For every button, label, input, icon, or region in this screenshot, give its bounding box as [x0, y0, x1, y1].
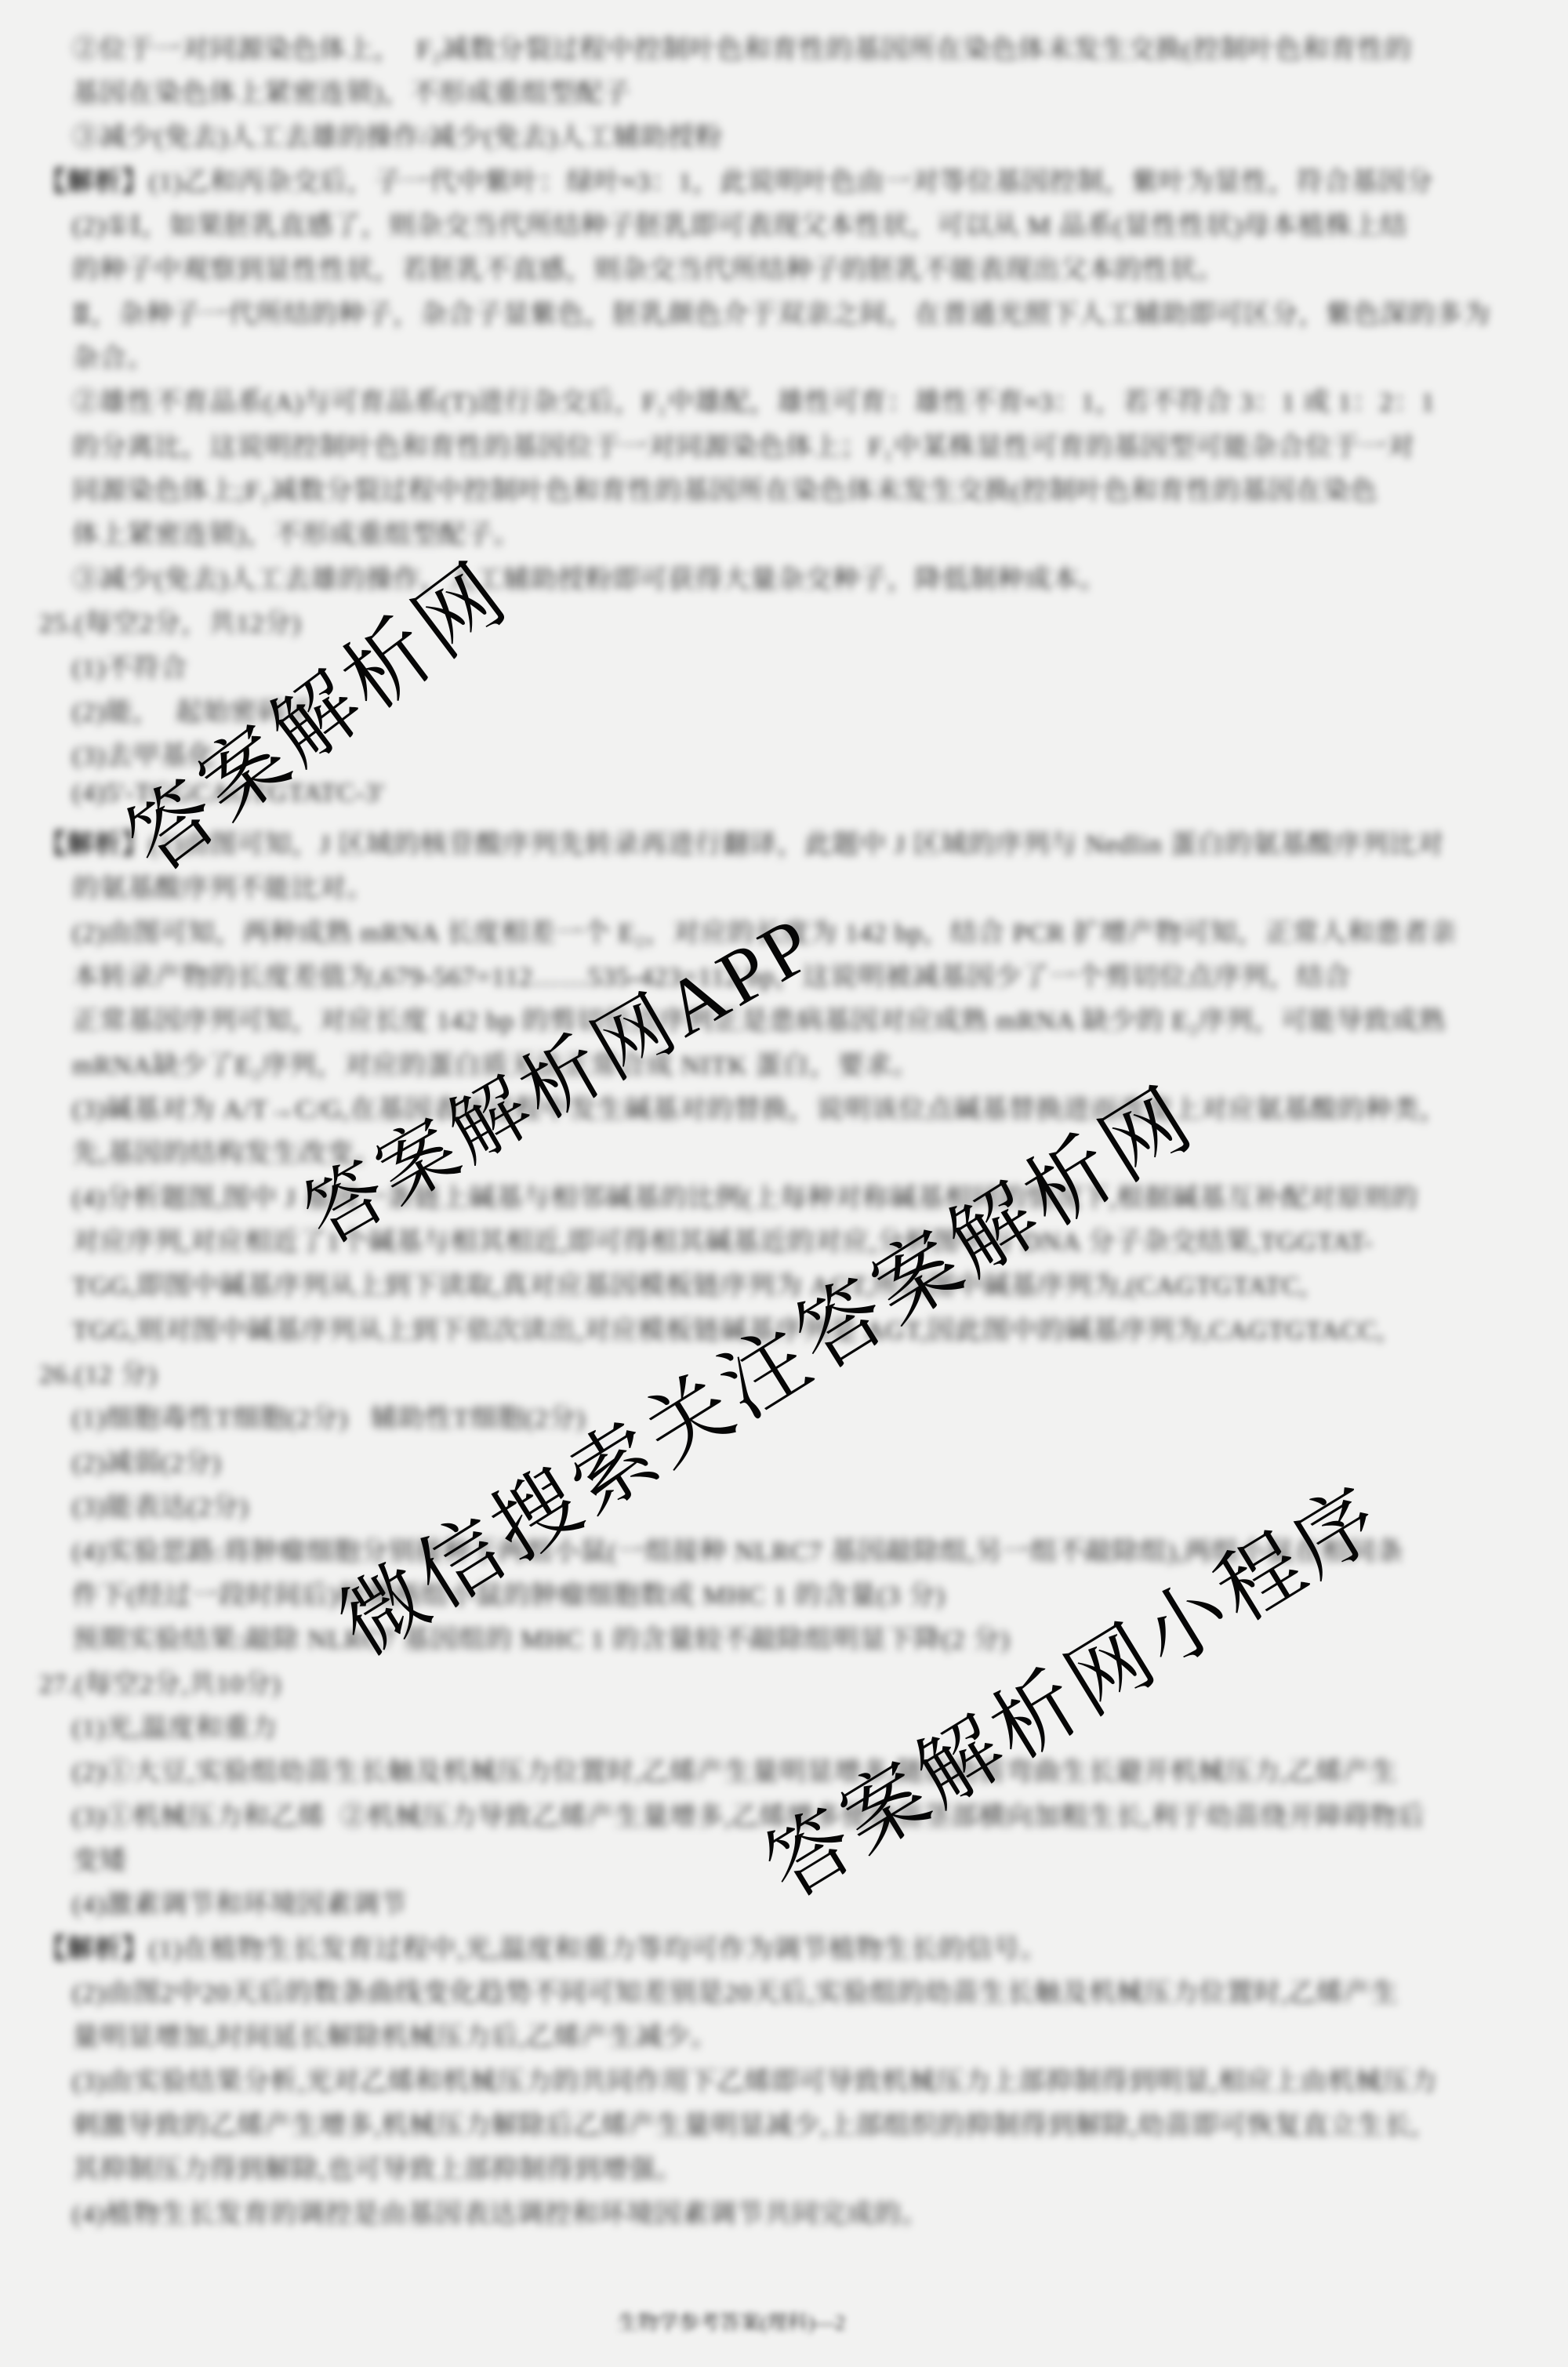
text-line: 本转录产物的长度差值为,679-567=112……535-423=112 bp，… [72, 955, 1351, 993]
text-line: (2)①Ⅰ，如果胚乳直感了，则杂交当代所结种子胚乳即可表现父本性状，可以从 M … [72, 204, 1407, 242]
text-line: 基因在染色体上紧密连锁)，不形成重组型配子 [72, 71, 630, 110]
text-line: (2)由图2中20天后的数条曲线变化趋势不同可知差别是20天后,实验组的幼苗生长… [72, 1971, 1399, 2009]
text-line: ③减少(免去)人工去雄的操作，人工辅助授粉即可获得大量杂交种子，降低制种成本。 [72, 557, 1107, 596]
text-line: 先,基因的结构发生改变。 [72, 1131, 382, 1170]
analysis-line: 【解析】(1)在植物生长发育过程中,光,温度和重力等均可作为调节植物生长的信号。 [39, 1927, 1048, 1966]
text-line: (3)去甲基化 [72, 734, 216, 772]
text-line: 预期实验结果:敲除 NLRC7 基因组的 MHC 1 的含量较不敲除组明显下降(… [72, 1617, 1010, 1656]
question-number-line: 26.(12 分) [39, 1352, 158, 1391]
analysis-label: 【解析】 [39, 168, 149, 197]
analysis-line: 【解析】(1)乙和丙杂交后，子一代中紫叶：绿叶≈3：1，此说明叶色由一对等位基因… [39, 160, 1433, 198]
text-line: (4)5'-TGGCAGTGTATC-3' [72, 779, 385, 808]
text-line: (4)分析题图,图中 J 基因一条链上碱基与相邻碱基的比例(上每种对称碱基相同的… [72, 1176, 1418, 1214]
text-line: (4)实验思路:将肿瘤细胞分别接种于两组小鼠(一组接种 NLRC7 基因敲除组,… [72, 1530, 1403, 1568]
text-line: (4)植物生长发育的调控是由基因表达调控和环境因素调节共同完成的。 [72, 2192, 929, 2231]
text-line: (1)不符合 [72, 646, 188, 684]
text-line: 同源染色体上;F₁减数分裂过程中控制叶色和育性的基因所在染色体未发生交换(控制叶… [72, 469, 1378, 507]
text-line: 件下(经过一段时间后)检测两组小鼠的肿瘤细胞数或 MHC 1 的含量(3 分) [72, 1574, 946, 1612]
question-number-line: 25.(每空2分，共12分) [39, 601, 301, 640]
text-line: 刺激导致的乙烯产生增多,机械压力解除后乙烯产生量明显减少,上部组织的抑制得到解除… [72, 2104, 1419, 2142]
question-number-line: 27.(每空2分,共10分) [39, 1662, 281, 1701]
text-line: 体上紧密连锁)，不形成重组型配子。 [72, 513, 521, 551]
text-line: ②位于一对同源染色体上， F₂减数分裂过程中控制叶色和育性的基因所在染色体未发生… [72, 27, 1412, 66]
text-line: ③减少(免去)人工去雄的操作/减少(免去)人工辅助授粉 [72, 115, 723, 154]
text-line: TGG,即图中碱基序列从上到下读取,真对应基因模板链序列为 AGT,所以图中碱基… [72, 1264, 1308, 1302]
text-line: 正常基因序列可知，对应长度 142 bp 的剪切位点序列正是患病基因对应成熟 m… [72, 999, 1446, 1037]
text-line: 变矮 [72, 1839, 127, 1877]
text-line: 的氨基酸序列不能比对。 [72, 866, 374, 905]
document-page: ②位于一对同源染色体上， F₂减数分裂过程中控制叶色和育性的基因所在染色体未发生… [0, 0, 1568, 2367]
text-line: mRNA缺少了E₂序列，对应的蛋白质无法正常合成 NITK 蛋白，要求。 [72, 1044, 920, 1082]
text-line: 杂合。 [72, 336, 154, 375]
text-line: (4)激素调节和环境因素调节 [72, 1882, 408, 1921]
text-line: (1)光,温度和重力 [72, 1706, 278, 1744]
text-line: 对应序列,对应相近了1个碱基与相其相近,即可得相其碱基近的对应,分析图中与 DN… [72, 1220, 1373, 1258]
text-line: 量明显增加,时间延长解除机械压力后,乙烯产生减少。 [72, 2015, 718, 2053]
analysis-label: 【解析】 [39, 830, 149, 859]
lines-layer: ②位于一对同源染色体上， F₂减数分裂过程中控制叶色和育性的基因所在染色体未发生… [0, 0, 1568, 2367]
analysis-line: 【解析】(1)由图可知，J 区域的核苷酸序列先转录再进行翻译，此题中 J 区域的… [39, 822, 1444, 861]
text-line: (3)①机械压力和乙烯 ②机械压力导致乙烯产生量增多,乙烯增多使幼苗茎部横向加粗… [72, 1795, 1425, 1833]
analysis-label: 【解析】 [39, 1935, 149, 1964]
text-line: (2)①大豆,实验组幼苗生长触及机械压力位置时,乙烯产生量明显增多,随后幼苗弯曲… [72, 1750, 1398, 1788]
text-line: (1)细胞毒性T细胞(2分) 辅助性T细胞(2分) [72, 1396, 586, 1435]
text-line: 其抑制压力得到解除,也可导致上部抑制得到增强。 [72, 2147, 684, 2186]
text-line: 的分离比，这说明控制叶色和育性的基因位于一对同源染色体上；F₁中某株显性可育的基… [72, 425, 1415, 463]
text-line: (2)减弱(2分) [72, 1441, 221, 1479]
text-line: (3)碱基对为 A/T→C/G,在基因表达过程中发生碱基对的替换，说明该位点碱基… [72, 1087, 1447, 1126]
text-line: 的种子中观察到显性性状，若胚乳不直感，则杂交当代所结种子的胚乳不能表现出父本的性… [72, 248, 1225, 286]
text-line: (2)能， 起始密码子 [72, 690, 313, 728]
text-line: (2)由图可知，两种成熟 mRNA 长度相差一个 E₂，对应的长度为 142 b… [72, 911, 1457, 949]
text-line: TGG,则对图中碱基序列从上到下依次读出,对应模板链碱基序列是 AGT,因此图中… [72, 1309, 1385, 1347]
text-line: (3)能表达(2分) [72, 1485, 249, 1523]
text-line: ②雄性不育品系(A)与可育品系(T)进行杂交后，F₁中雄配，雄性可育：雄性不育≈… [72, 380, 1436, 419]
text-line: Ⅱ，杂种子一代所结的种子，杂合子显紫色，胚乳颜色介于双亲之间，在普通光照下人工辅… [72, 292, 1490, 331]
text-line: (3)由实验结果分析,光对乙烯和机械压力的共同作用下乙烯即可导致机械压力上部抑制… [72, 2060, 1438, 2098]
